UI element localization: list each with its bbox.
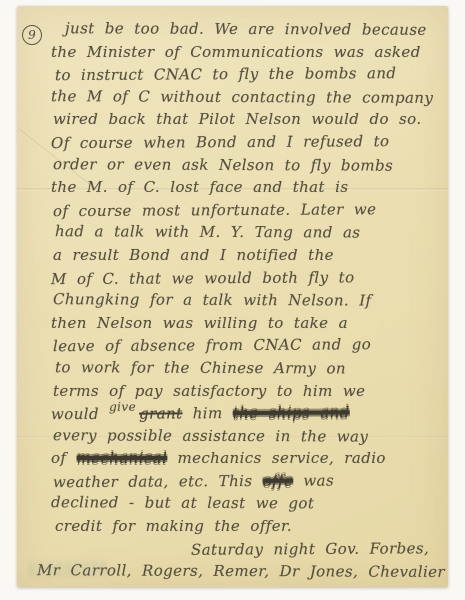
handwritten-line: the Minister of Communications was asked (51, 41, 438, 64)
handwritten-line: a result Bond and I notified the (53, 244, 438, 267)
text-segment: credit for making the offer. (55, 517, 292, 535)
letter-lines: just be too bad. We are involved because… (51, 18, 438, 583)
text-segment: to instruct CNAC to fly the bombs and (55, 64, 397, 84)
text-segment: M of C. that we would both fly to (51, 268, 355, 288)
handwritten-line: of mechanical mechanics service, radio (51, 447, 438, 470)
text-segment: the M of C without contacting the compan… (51, 87, 433, 107)
handwritten-line: wired back that Pilot Nelson would do so… (53, 108, 438, 131)
handwritten-line: had a talk with M. Y. Tang and as (55, 221, 438, 245)
handwritten-line: credit for making the offer. (55, 515, 438, 538)
text-segment: weather data, etc. This (53, 472, 263, 491)
handwritten-line: of course most unfortunate. Later we (53, 198, 438, 223)
handwritten-line: M of C. that we would both fly to (51, 265, 438, 290)
text-segment: terms of pay satisfactory to him we (53, 382, 365, 400)
text-segment: would (51, 405, 109, 423)
handwritten-line: the M of C without contacting the compan… (51, 85, 438, 109)
text-segment: Saturday night Gov. Forbes, (191, 539, 429, 558)
text-segment: order or even ask Nelson to fly bombs (53, 155, 393, 174)
handwritten-line: order or even ask Nelson to fly bombs (53, 153, 438, 177)
text-segment: declined - but at least we got (51, 494, 314, 513)
text-struck: grant (139, 404, 183, 422)
handwritten-line: would givegrant him the ships and (51, 401, 438, 426)
text-segment: just be too bad. We are involved because (65, 19, 427, 39)
handwritten-line: declined - but at least we got (51, 492, 438, 516)
text-segment: Chungking for a talk with Nelson. If (53, 290, 372, 309)
bleed-through-stamp (29, 560, 107, 577)
handwritten-line: then Nelson was willing to take a (51, 312, 438, 335)
letter-page: 9 just be too bad. We are involved becau… (17, 6, 448, 587)
text-segment: Of course when Bond and I refused to (51, 132, 390, 152)
text-segment: the M. of C. lost face and that is (51, 178, 348, 196)
handwritten-line: Saturday night Gov. Forbes, (191, 537, 438, 561)
text-segment: then Nelson was willing to take a (51, 314, 348, 332)
text-struck-heavy: offe (263, 472, 294, 490)
text-segment: mechanics service, radio (167, 449, 386, 467)
text-segment: of (51, 449, 77, 467)
handwritten-line: to work for the Chinese Army on (55, 356, 438, 380)
text-segment: to work for the Chinese Army on (55, 358, 346, 377)
handwritten-line: every possible assistance in the way (53, 424, 438, 448)
text-struck-heavy: the ships and (233, 403, 350, 422)
page-number: 9 (28, 29, 36, 41)
handwritten-line: the M. of C. lost face and that is (51, 176, 438, 199)
text-segment: a result Bond and I notified the (53, 246, 334, 264)
text-segment: leave of absence from CNAC and go (53, 336, 371, 356)
text-struck-heavy: mechanical (77, 449, 168, 467)
text-segment: every possible assistance in the way (53, 426, 368, 445)
page-number-circle: 9 (22, 25, 42, 45)
handwritten-line: just be too bad. We are involved because (65, 17, 438, 41)
text-segment: was (293, 471, 334, 489)
text-segment: of course most unfortunate. Later we (53, 200, 376, 220)
text-segment: the Minister of Communications was asked (51, 43, 421, 61)
scan-background: 9 just be too bad. We are involved becau… (0, 0, 465, 600)
handwritten-line: Of course when Bond and I refused to (51, 130, 438, 155)
handwritten-line: to instruct CNAC to fly the bombs and (55, 62, 438, 87)
handwritten-line: weather data, etc. This offe was (53, 469, 438, 494)
handwritten-line: Chungking for a talk with Nelson. If (53, 288, 438, 312)
text-segment: wired back that Pilot Nelson would do so… (53, 110, 422, 128)
handwritten-line: leave of absence from CNAC and go (53, 333, 438, 358)
text-insert: give (109, 396, 136, 419)
text-segment: him (182, 404, 232, 422)
text-segment: had a talk with M. Y. Tang and as (55, 223, 361, 242)
